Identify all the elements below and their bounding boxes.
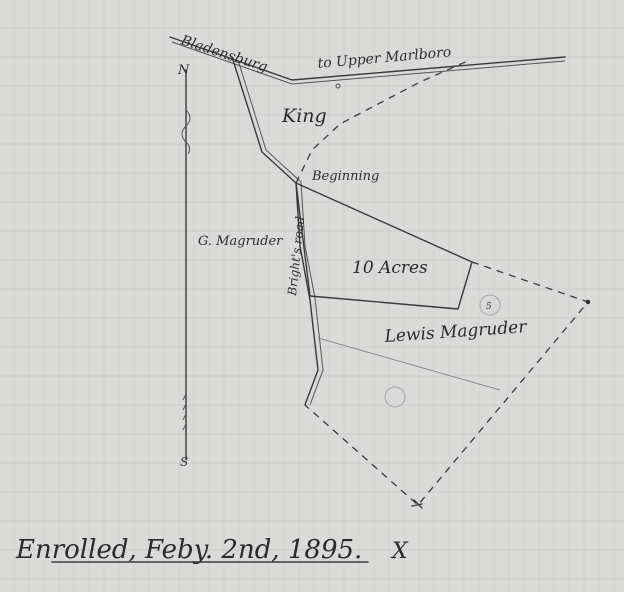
parcel-label-lewis-magruder: Lewis Magruder [383, 317, 528, 347]
pencil-circle-marker [385, 387, 405, 407]
survey-plat-sheet: Bladensburg to Upper Marlboro N S King B… [0, 0, 624, 592]
enrollment-mark: X [390, 539, 409, 564]
parcel-label-beginning: Beginning [311, 169, 379, 184]
lewis-magruder-boundary-dashed [305, 262, 588, 505]
meridian-line [182, 70, 190, 460]
parcel-label-king: King [281, 105, 327, 127]
road-junction-marker [336, 84, 340, 88]
compass-north-label: N [177, 63, 190, 78]
enrollment-note: Enrolled, Feby. 2nd, 1895. [15, 535, 362, 565]
parcel-label-g-magruder: G. Magruder [198, 234, 283, 249]
compass-south-label: S [180, 455, 188, 469]
pencil-marker-number: 5 [486, 302, 492, 312]
road-label-brights-road: Bright's road [285, 215, 307, 297]
ten-acre-parcel-boundary [296, 183, 472, 309]
road-label-bladensburg: Bladensburg [178, 32, 270, 75]
pencil-division-line [318, 338, 500, 390]
plat-drawing: Bladensburg to Upper Marlboro N S King B… [0, 0, 624, 592]
parcel-label-ten-acres: 10 Acres [352, 258, 428, 278]
corner-point-marker [586, 300, 590, 304]
